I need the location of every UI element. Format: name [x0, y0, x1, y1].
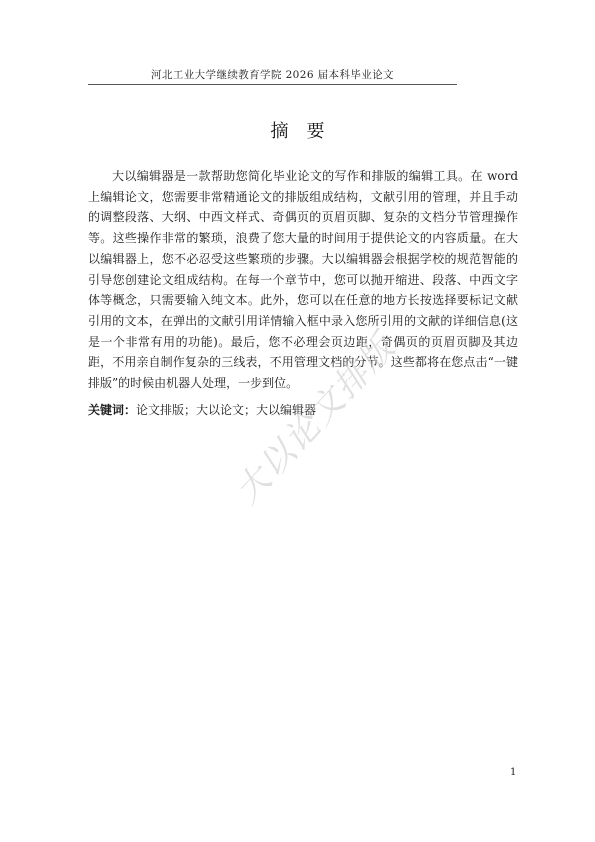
keywords-values: 论文排版；大以论文；大以编辑器 — [136, 403, 316, 417]
document-page: 河北工业大学继续教育学院 2026 届本科毕业论文 摘要 大以编辑器是一款帮助您… — [0, 0, 595, 842]
abstract-title-char-1: 摘 — [271, 121, 289, 142]
running-header: 河北工业大学继续教育学院 2026 届本科毕业论文 — [88, 68, 457, 85]
keywords-line: 关键词：论文排版；大以论文；大以编辑器 — [88, 400, 518, 420]
abstract-title-char-2: 要 — [307, 121, 325, 142]
keywords-label: 关键词： — [88, 403, 136, 417]
running-header-title: 河北工业大学继续教育学院 2026 届本科毕业论文 — [151, 69, 394, 81]
page-number: 1 — [510, 766, 516, 780]
abstract-title: 摘要 — [0, 120, 595, 144]
abstract-body: 大以编辑器是一款帮助您简化毕业论文的写作和排版的编辑工具。在 word 上编辑论… — [88, 166, 518, 394]
